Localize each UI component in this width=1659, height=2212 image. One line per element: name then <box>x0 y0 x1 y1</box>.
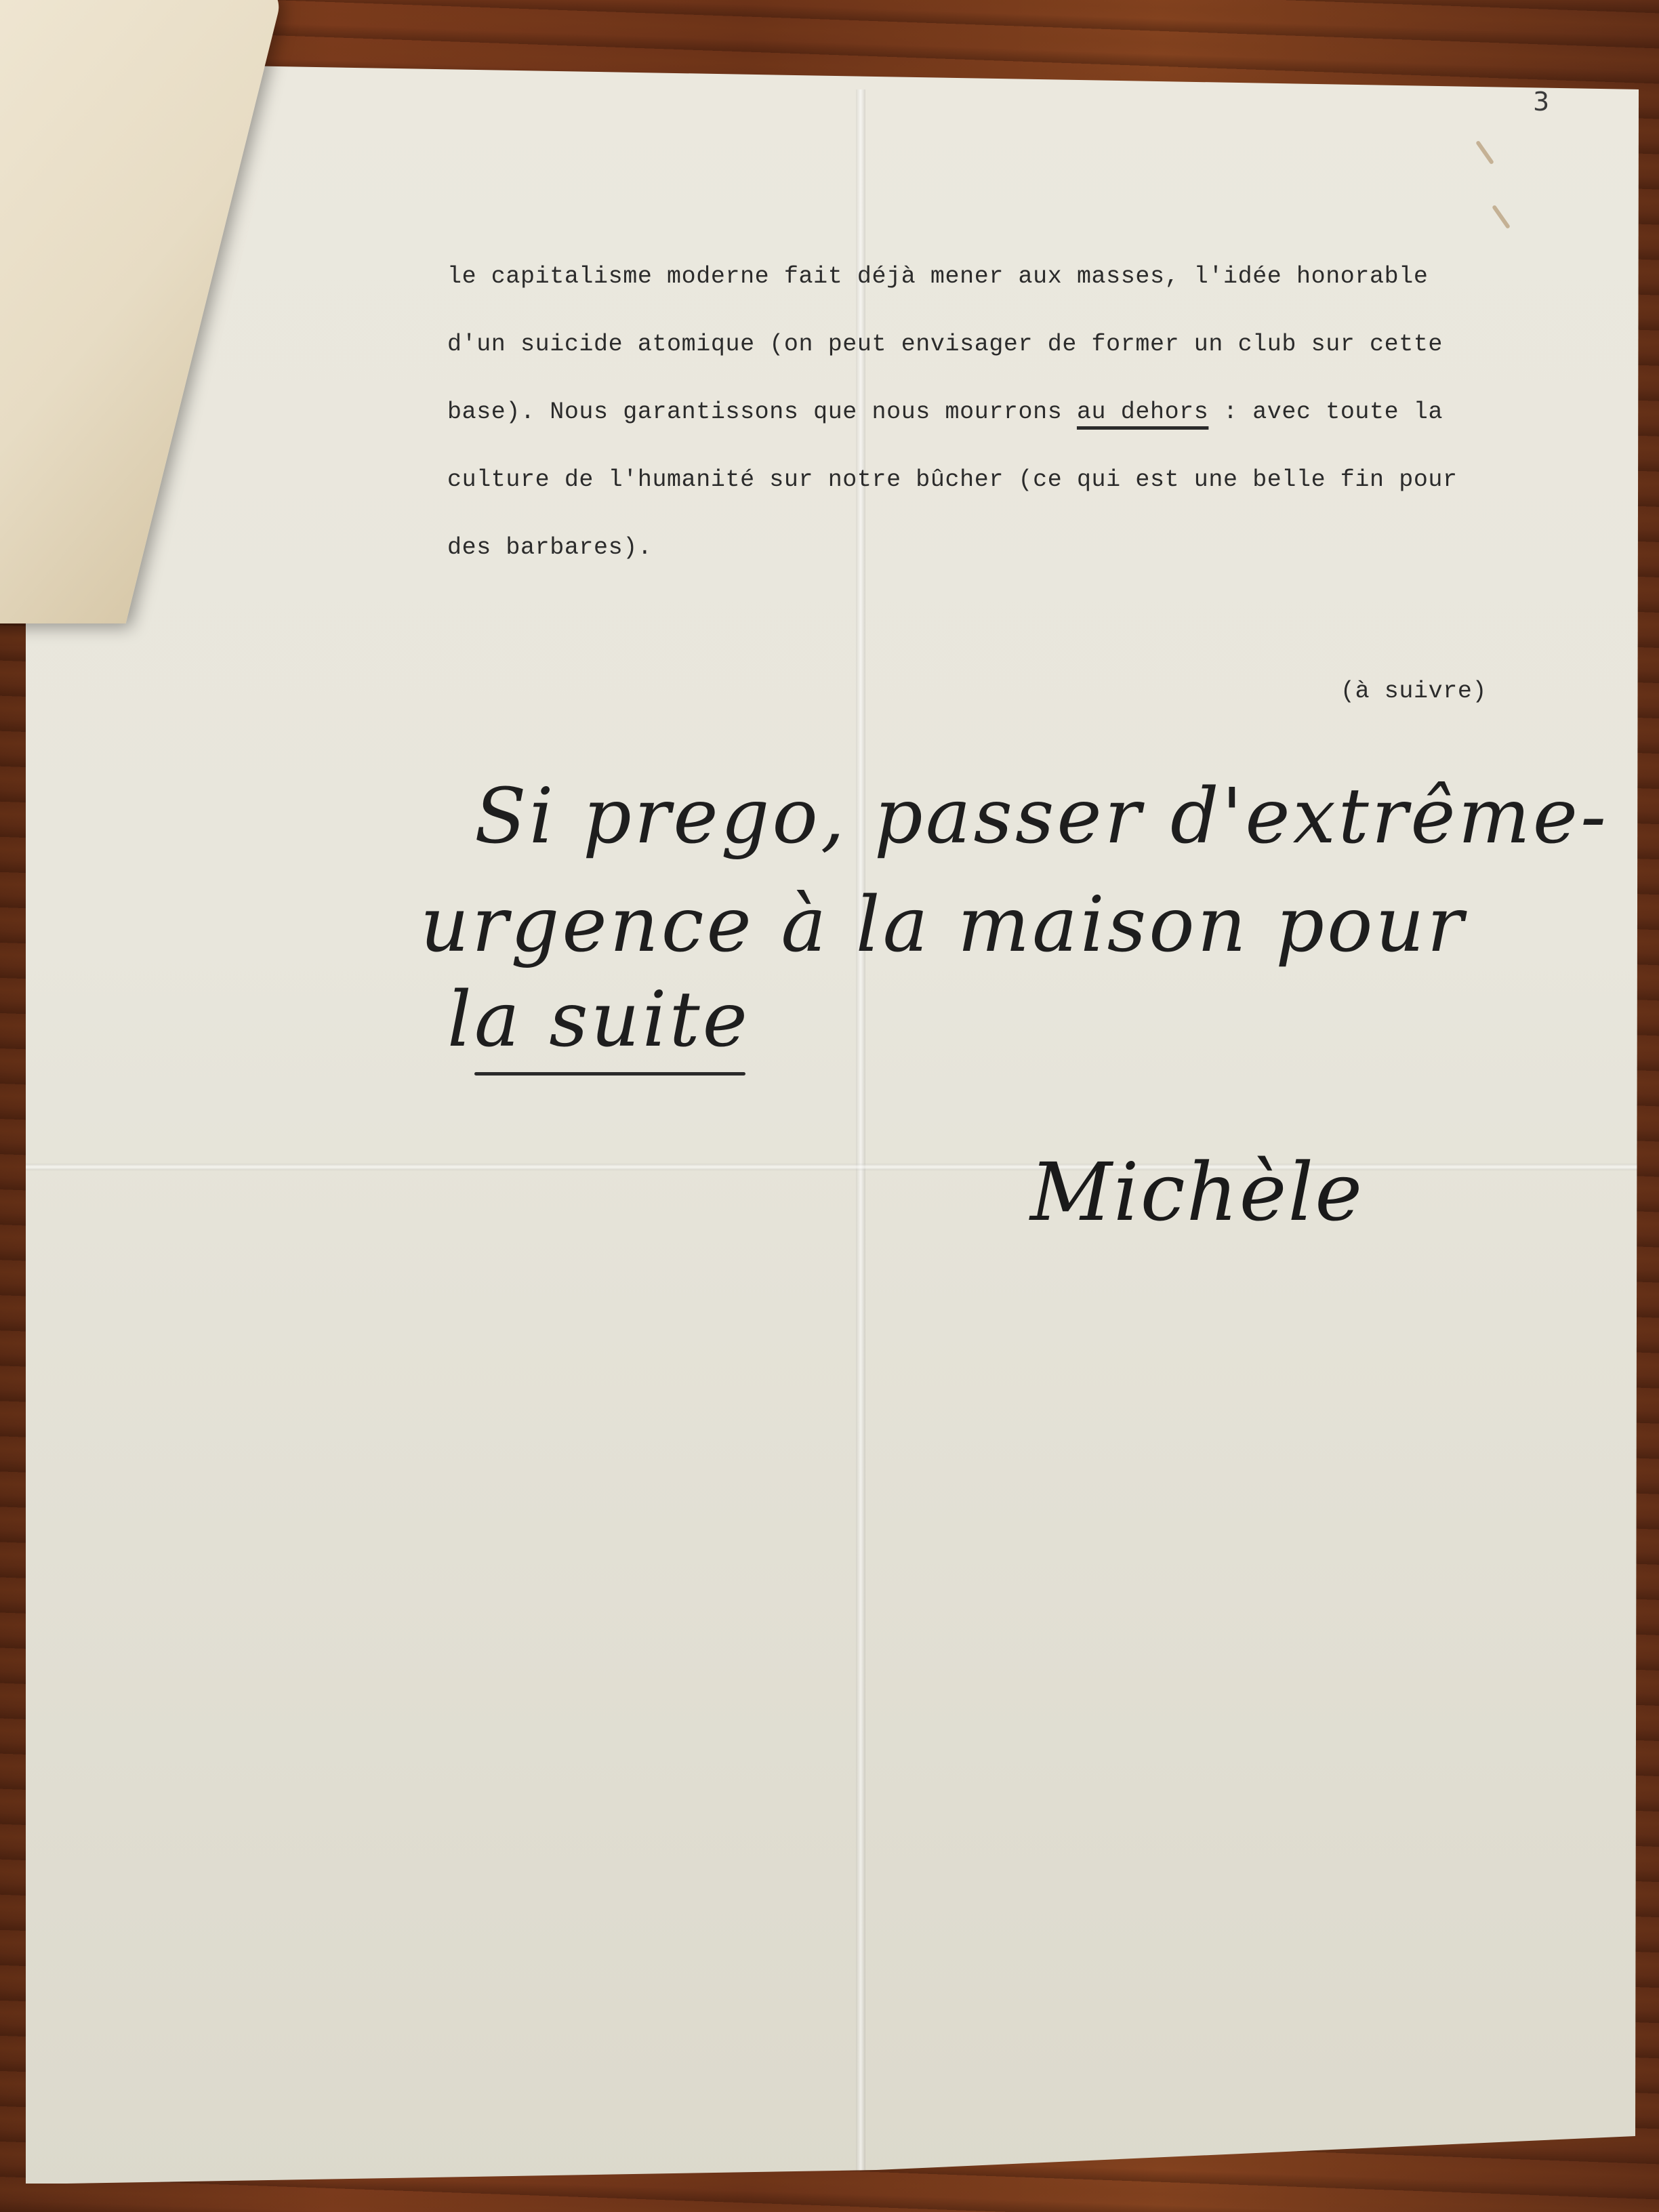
handwritten-line-2: urgence à la maison pour <box>420 881 1466 969</box>
typed-paragraph: le capitalisme moderne fait déjà mener a… <box>447 263 1626 602</box>
typed-line-2: d'un suicide atomique (on peut envisager… <box>447 331 1626 398</box>
typed-line-4: culture de l'humanité sur notre bûcher (… <box>447 466 1626 534</box>
underlined-emphasis: au dehors <box>1077 398 1208 426</box>
horizontal-fold-crease <box>26 1164 1639 1170</box>
typed-line-5: des barbares). <box>447 534 1626 602</box>
typed-text: culture de l'humanité sur notre bûcher (… <box>447 466 1458 493</box>
typed-text: des barbares). <box>447 534 652 561</box>
signature: Michèle <box>1030 1145 1364 1239</box>
typed-text: d'un suicide atomique (on peut envisager… <box>447 331 1443 358</box>
continuation-note: (à suivre) <box>1340 678 1487 705</box>
typed-text: : avec toute la <box>1208 398 1443 426</box>
handwritten-line-1: Si prego, passer d'extrême- <box>474 773 1609 861</box>
typed-line-3: base). Nous garantissons que nous mourro… <box>447 398 1626 466</box>
typed-line-1: le capitalisme moderne fait déjà mener a… <box>447 263 1626 331</box>
typed-text: le capitalisme moderne fait déjà mener a… <box>447 263 1428 290</box>
page-number: 3 <box>1533 87 1549 117</box>
typed-text: base). Nous garantissons que nous mourro… <box>447 398 1077 426</box>
handwritten-line-3: la suite <box>447 976 750 1064</box>
handwritten-underline <box>474 1072 745 1076</box>
